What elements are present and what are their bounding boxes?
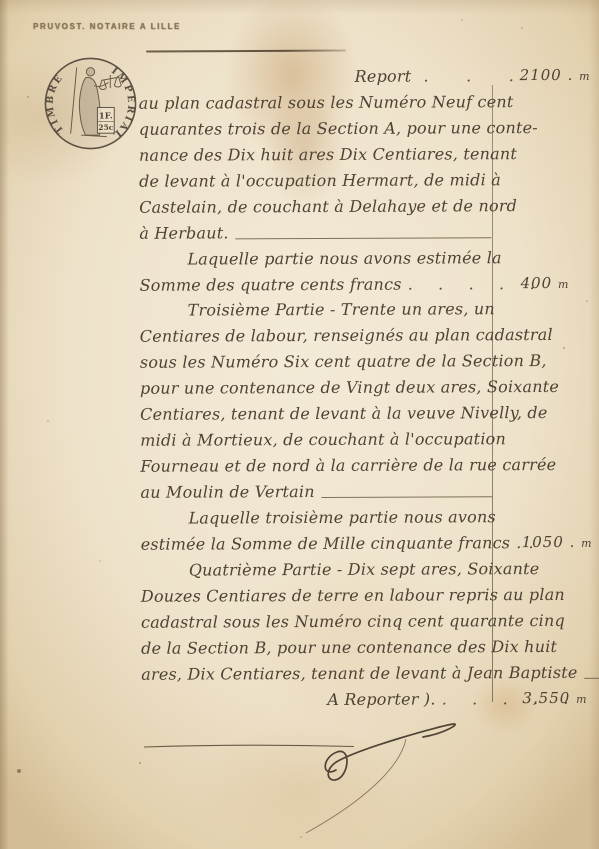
line-text: de la Section B, pour une contenance des… — [141, 634, 557, 662]
text-line: au Moulin de Vertain — [140, 478, 492, 505]
line-text: nance des Dix huit ares Dix Centiares, t… — [139, 141, 517, 169]
text-line: Castelain, de couchant à Delahaye et de … — [139, 193, 491, 220]
text-line: Report . . .2100 . m — [139, 63, 491, 90]
notary-paraph-signature — [140, 698, 480, 843]
dot-leaders: . . . — [411, 63, 515, 89]
text-line: Somme des quatre cents francs . . . . .4… — [139, 271, 491, 298]
text-line: ares, Dix Centiares, tenant de levant à … — [141, 660, 493, 687]
filler-rule — [236, 237, 492, 239]
seal-denomination-top: 1F. — [99, 110, 113, 120]
text-line: de la Section B, pour une contenance des… — [141, 634, 493, 661]
text-line: Centiares de labour, renseignés au plan … — [140, 323, 492, 350]
text-line: Quatrième Partie - Dix sept ares, Soixan… — [141, 556, 493, 583]
line-text: Troisième Partie - Trente un ares, un — [140, 297, 495, 324]
line-text: Somme des quatre cents francs — [139, 271, 401, 298]
line-text: Castelain, de couchant à Delahaye et de … — [139, 193, 517, 221]
margin-amount: 2100 . m — [520, 63, 590, 90]
text-line: Fourneau et de nord à la carrière de la … — [140, 452, 492, 479]
margin-amount: 400 m — [520, 270, 568, 297]
text-line: estimée la Somme de Mille cinquante fran… — [141, 530, 493, 557]
text-line: midi à Mortieux, de couchant à l'occupat… — [140, 426, 492, 453]
dot-leaders: . . . . . — [402, 271, 536, 298]
text-line: Laquelle partie nous avons estimée la — [139, 245, 491, 272]
text-line: cadastral sous les Numéro cinq cent quar… — [141, 608, 493, 635]
text-line: nance des Dix huit ares Dix Centiares, t… — [139, 141, 491, 168]
seal-denomination-bottom: 25c — [98, 123, 113, 132]
amount-unit: m — [576, 692, 586, 705]
text-line: pour une contenance de Vingt deux ares, … — [140, 374, 492, 401]
margin-amount: 1050 . m — [522, 530, 592, 557]
line-text: estimée la Somme de Mille cinquante fran… — [141, 530, 511, 558]
text-line: de levant à l'occupation Hermart, de mid… — [139, 167, 491, 194]
line-text: Laquelle troisième partie nous avons — [141, 504, 496, 531]
line-text: Centiares, tenant de levant à la veuve N… — [140, 400, 547, 428]
amount-unit: m — [579, 70, 589, 83]
text-line: Laquelle troisième partie nous avons — [141, 504, 493, 531]
imperial-revenue-seal: TIMBRE IMPERIAL 1F. 25c — [41, 54, 140, 153]
line-text: Centiares de labour, renseignés au plan … — [140, 322, 553, 350]
text-line: au plan cadastral sous les Numéro Neuf c… — [139, 89, 491, 116]
line-text: au plan cadastral sous les Numéro Neuf c… — [139, 89, 514, 117]
text-line: quarantes trois de la Section A, pour un… — [139, 115, 491, 142]
amount-unit: m — [558, 277, 568, 290]
line-text: Laquelle partie nous avons estimée la — [139, 245, 501, 273]
document-lines: Report . . .2100 . mau plan cadastral so… — [139, 63, 494, 713]
text-line: Troisième Partie - Trente un ares, un — [140, 297, 492, 324]
text-line: Centiares, tenant de levant à la veuve N… — [140, 400, 492, 427]
line-text: Fourneau et de nord à la carrière de la … — [140, 452, 556, 480]
notary-ink-stamp: PRUVOST. NOTAIRE A LILLE — [33, 22, 181, 31]
scanned-notarial-document: PRUVOST. NOTAIRE A LILLE TIMBRE IMPERIAL… — [0, 0, 599, 849]
text-line: sous les Numéro Six cent quatre de la Se… — [140, 349, 492, 376]
line-text: cadastral sous les Numéro cinq cent quar… — [141, 608, 565, 636]
filler-rule — [322, 496, 493, 498]
line-text: à Herbaut. — [139, 220, 228, 246]
line-text: midi à Mortieux, de couchant à l'occupat… — [140, 426, 506, 454]
text-line: à Herbaut. — [139, 219, 491, 246]
filler-rule — [585, 677, 599, 678]
line-text: Report — [139, 64, 412, 91]
line-text: au Moulin de Vertain — [140, 479, 314, 506]
amount-unit: m — [581, 537, 591, 550]
line-text: sous les Numéro Six cent quatre de la Se… — [140, 348, 547, 376]
text-line: Douzes Centiares de terre en labour repr… — [141, 582, 493, 609]
line-text: ares, Dix Centiares, tenant de levant à … — [141, 659, 577, 687]
line-text: quarantes trois de la Section A, pour un… — [139, 115, 538, 143]
line-text: Quatrième Partie - Dix sept ares, Soixan… — [141, 556, 540, 584]
line-text: de levant à l'occupation Hermart, de mid… — [139, 167, 501, 195]
line-text: Douzes Centiares de terre en labour repr… — [141, 582, 565, 610]
paragraph-filler-rule — [146, 49, 346, 52]
line-text: pour une contenance de Vingt deux ares, … — [140, 374, 559, 402]
margin-amount: 3,550 m — [522, 685, 586, 712]
